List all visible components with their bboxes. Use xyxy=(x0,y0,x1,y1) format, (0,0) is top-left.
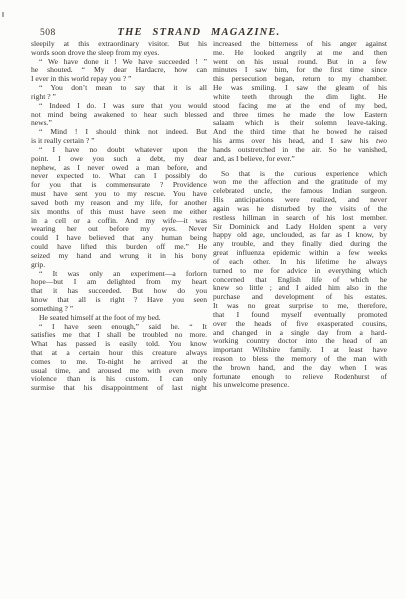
text-line: Sir Dominick and Lady Holden spent a ver… xyxy=(213,223,387,232)
text-line: in a cell or a coffin. And my wife—it wa… xyxy=(31,217,207,226)
scan-artifact xyxy=(2,12,4,17)
paragraph: “ We have done it ! We have succeeded ! … xyxy=(31,58,207,84)
text-line: and three times he made the low Eastern xyxy=(213,111,387,120)
text-line: that at a certain hour this creature alw… xyxy=(31,349,207,358)
text-line: satisfies me that I shall be troubled no… xyxy=(31,331,207,340)
text-line: “ I have no doubt whatever upon the xyxy=(31,146,207,155)
text-line: surmise that his disappointment of last … xyxy=(31,384,207,393)
text-line: never expected to. What can I possibly d… xyxy=(31,172,207,181)
text-line: and changed in a single day from a hard- xyxy=(213,329,387,338)
text-line: his unwelcome presence. xyxy=(213,381,387,390)
text-line: concerned that English life of which he xyxy=(213,276,387,285)
text-line: any trouble, and they finally died durin… xyxy=(213,240,387,249)
text-line: won me the affection and the gratitude o… xyxy=(213,178,387,187)
text-line: “ You don’t mean to say that it is all xyxy=(31,84,207,93)
left-column: sleepily at this extraordinary visitor. … xyxy=(31,40,207,393)
text-line: His anticipations were realized, and nev… xyxy=(213,196,387,205)
text-line: I ever in this world repay you ? ” xyxy=(31,75,207,84)
text-line: salaam which is their solemn leave-takin… xyxy=(213,119,387,128)
paragraph: “ It was only an experiment—a forlornhop… xyxy=(31,270,207,314)
text-line: sleepily at this extraordinary visitor. … xyxy=(31,40,207,49)
text-line: What has passed is easily told. You know xyxy=(31,340,207,349)
magazine-page: 508 THE STRAND MAGAZINE. sleepily at thi… xyxy=(0,0,406,599)
text-line: saved both my reason and my life, for an… xyxy=(31,199,207,208)
text-line: white teeth through the dim light. He xyxy=(213,93,387,102)
text-line: stood facing me at the end of my bed, xyxy=(213,102,387,111)
text-line: the brown hand, and the day when I was xyxy=(213,364,387,373)
text-line: hands outstretched in the air. So he van… xyxy=(213,146,387,155)
text-line: not mind being awakened to hear such ble… xyxy=(31,111,207,120)
text-line: his arms over his head, and I saw his tw… xyxy=(213,137,387,146)
page-header: 508 THE STRAND MAGAZINE. xyxy=(0,27,406,40)
text-line: And the third time that he bowed he rais… xyxy=(213,128,387,137)
text-line: usual time, and aroused me with even mor… xyxy=(31,367,207,376)
text-line: He was smiling. I saw the gleam of his xyxy=(213,84,387,93)
text-line: words soon drove the sleep from my eyes. xyxy=(31,49,207,58)
text-line: news.” xyxy=(31,119,207,128)
paragraph: increased the bitterness of his anger ag… xyxy=(213,40,387,164)
text-line: restless hillman in search of his lost m… xyxy=(213,214,387,223)
text-line: again was he disturbed by the visits of … xyxy=(213,205,387,214)
text-line: increased the bitterness of his anger ag… xyxy=(213,40,387,49)
paragraph: He seated himself at the foot of my bed. xyxy=(31,314,207,323)
paragraph: “ I have no doubt whatever upon thepoint… xyxy=(31,146,207,270)
right-column: increased the bitterness of his anger ag… xyxy=(213,40,387,390)
text-line: turned to me for advice in everything wh… xyxy=(213,267,387,276)
text-line: and, as I believe, for ever.” xyxy=(213,155,387,164)
text-line: nephew, as I never owed a man before, an… xyxy=(31,164,207,173)
text-line: six months of this must have seen me eit… xyxy=(31,208,207,217)
text-line: important Wiltshire family. I at least h… xyxy=(213,346,387,355)
text-line: could have lifted this burden off me.” H… xyxy=(31,243,207,252)
text-line: comes to me. To-night he arrived at the xyxy=(31,358,207,367)
text-line: reason to bless the memory of the man wi… xyxy=(213,355,387,364)
text-line: “ It was only an experiment—a forlorn xyxy=(31,270,207,279)
text-line: is it really certain ? ” xyxy=(31,137,207,146)
text-line: So that is the curious experience which xyxy=(213,170,387,179)
text-line: “ I have seen enough,” said he. “ It xyxy=(31,323,207,332)
text-line: working country doctor into the head of … xyxy=(213,337,387,346)
text-line: know that all is right ? Have you seen xyxy=(31,296,207,305)
text-line: for you that is commensurate ? Providenc… xyxy=(31,181,207,190)
text-line: he shouted. “ My dear Hardacre, how can xyxy=(31,66,207,75)
text-line: that it has succeeded. But how do you xyxy=(31,287,207,296)
paragraph: So that is the curious experience whichw… xyxy=(213,170,387,391)
magazine-title: THE STRAND MAGAZINE. xyxy=(0,27,398,38)
text-line: could I have believed that any human bei… xyxy=(31,234,207,243)
text-line: violence than is his custom. I can only xyxy=(31,375,207,384)
text-line: “ Mind ! I should think not indeed. But xyxy=(31,128,207,137)
text-line: wearing her out before my eyes. Never xyxy=(31,225,207,234)
paragraph: “ Mind ! I should think not indeed. Buti… xyxy=(31,128,207,146)
text-line: point. I owe you such a debt, my dear xyxy=(31,155,207,164)
text-line: right ? ” xyxy=(31,93,207,102)
text-line: this persecution began, return to my cha… xyxy=(213,75,387,84)
text-line: “ Indeed I do. I was sure that you would xyxy=(31,102,207,111)
text-line: hope—but I am delighted from my heart xyxy=(31,278,207,287)
text-line: must have sent you to my rescue. You hav… xyxy=(31,190,207,199)
text-line: something ? ” xyxy=(31,305,207,314)
text-line: celebrated uncle, the famous Indian surg… xyxy=(213,187,387,196)
paragraph: “ You don’t mean to say that it is allri… xyxy=(31,84,207,102)
text-line: grip. xyxy=(31,261,207,270)
text-line: that I found myself eventually promoted xyxy=(213,311,387,320)
text-line: fortunate enough to relieve Rodenhurst o… xyxy=(213,373,387,382)
paragraph: sleepily at this extraordinary visitor. … xyxy=(31,40,207,58)
paragraph: “ Indeed I do. I was sure that you would… xyxy=(31,102,207,128)
text-line: minutes I saw him, for the first time si… xyxy=(213,66,387,75)
text-line: me. He looked angrily at me and then xyxy=(213,49,387,58)
text-line: went on his usual round. But in a few xyxy=(213,58,387,67)
text-line: “ We have done it ! We have succeeded ! … xyxy=(31,58,207,67)
text-line: of each other. In his lifetime he always xyxy=(213,258,387,267)
text-line: He seated himself at the foot of my bed. xyxy=(31,314,207,323)
text-line: purchase and development of his estates. xyxy=(213,293,387,302)
text-line: It was no great surprise to me, therefor… xyxy=(213,302,387,311)
text-line: great influenza epidemic within a few we… xyxy=(213,249,387,258)
text-line: seized my hand and wrung it in his bony xyxy=(31,252,207,261)
text-line: over the heads of five exasperated cousi… xyxy=(213,320,387,329)
text-line: happy old age, unclouded, as far as I kn… xyxy=(213,231,387,240)
paragraph: “ I have seen enough,” said he. “ Itsati… xyxy=(31,323,207,394)
text-line: knew so little ; and I aided him also in… xyxy=(213,284,387,293)
